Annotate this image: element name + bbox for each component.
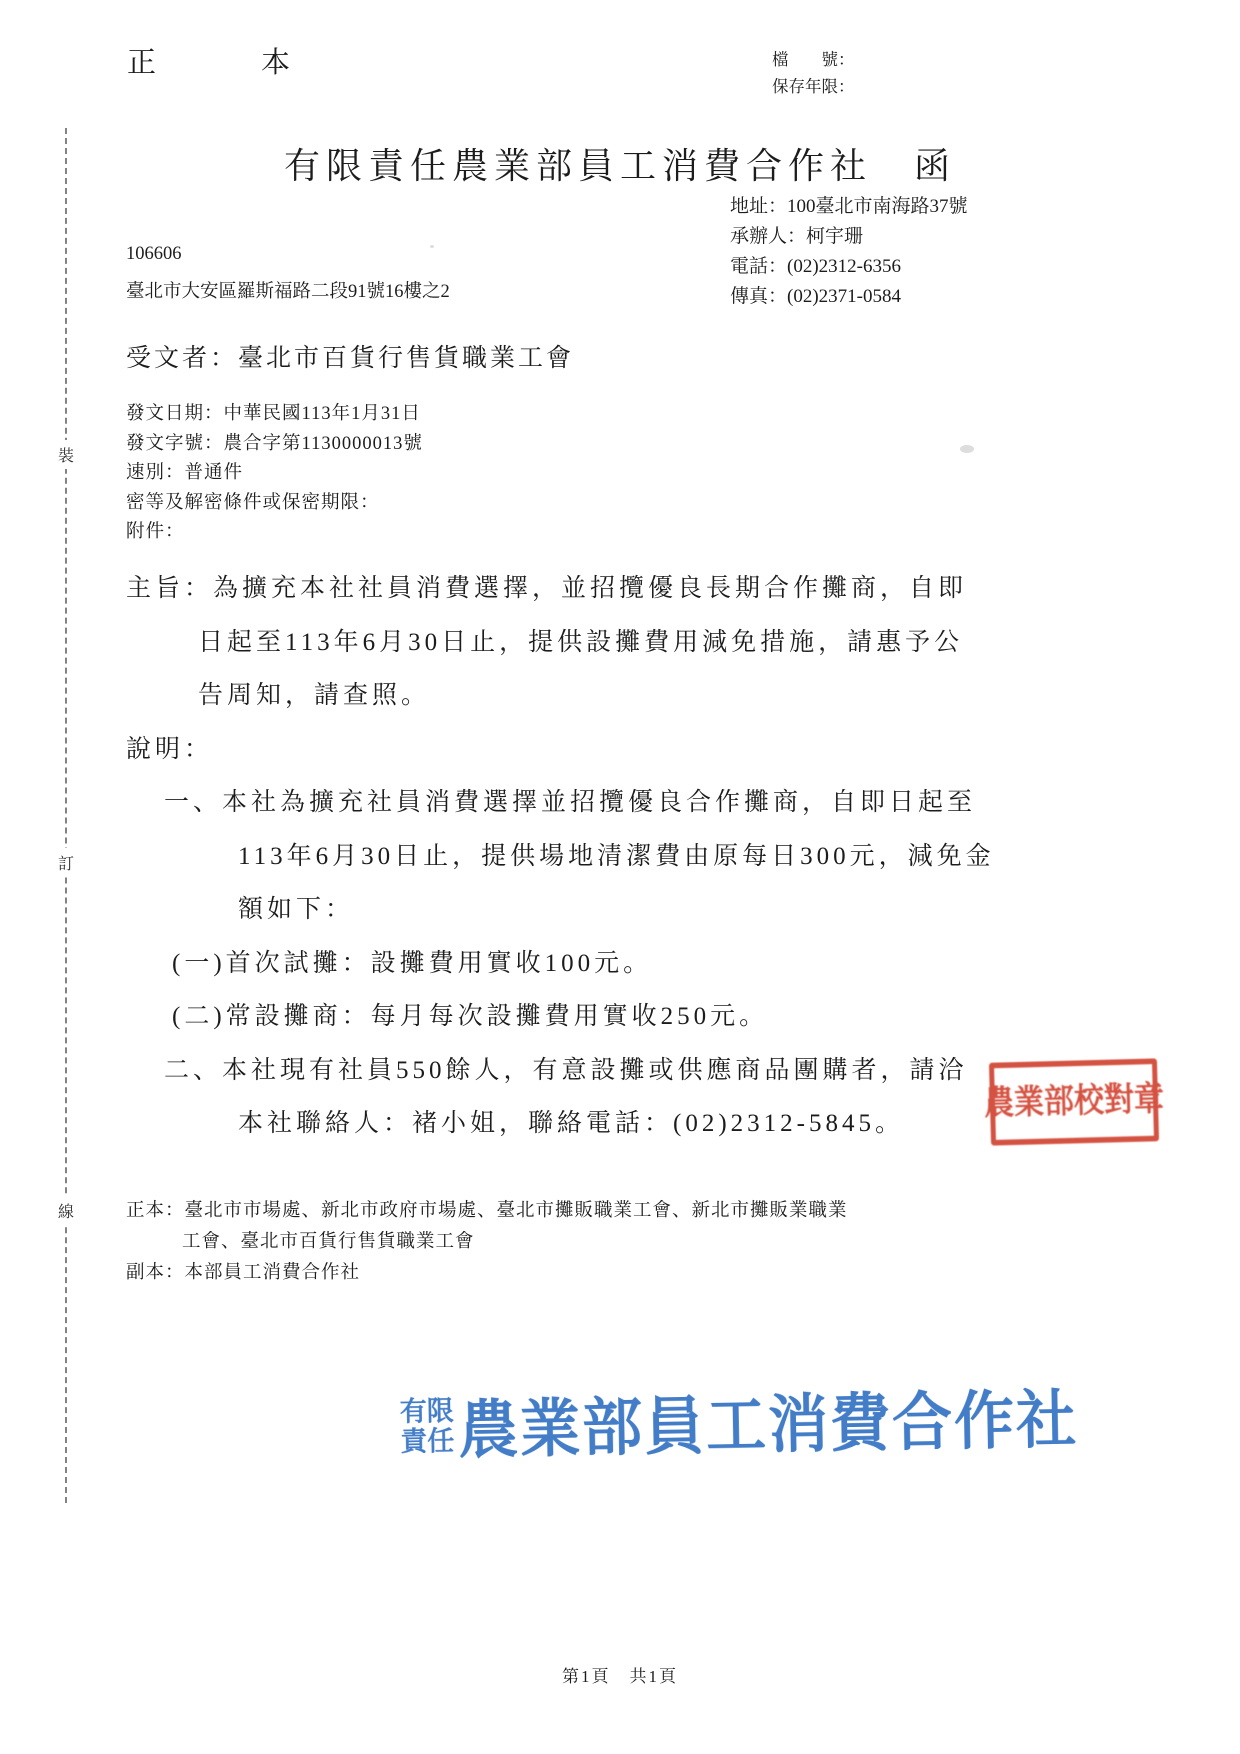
item1-line-2: 113年6月30日止，提供場地清潔費由原每日300元，減免金 [238,830,1156,884]
sender-address: 地址：100臺北市南海路37號 [730,192,968,222]
document-number: 發文字號：農合字第1130000013號 [126,430,423,460]
recipient-postal-code: 106606 [126,244,450,265]
sub-item-2: (二)常設攤商：每月每次設攤費用實收250元。 [172,990,1156,1044]
subject-line-2: 日起至113年6月30日止，提供設攤費用減免措施，請惠予公 [198,616,1156,670]
blue-stamp-prefix: 有限 責任 [400,1396,455,1457]
subject-line-3: 告周知，請查照。 [198,669,1156,723]
red-proofreading-seal: 農業部校對章 [989,1058,1159,1145]
issue-date: 發文日期：中華民國113年1月31日 [126,400,423,430]
recipient-street-address: 臺北市大安區羅斯福路二段91號16樓之2 [126,277,450,303]
item2-line-2-text: 本社聯絡人：褚小姐，聯絡電話：(02)2312-5845。 [238,1110,904,1137]
blue-signature-stamp: 有限 責任 農業部員工消費合作社 [399,1372,1078,1470]
document-meta-block: 發文日期：中華民國113年1月31日 發文字號：農合字第1130000013號 … [126,400,423,548]
sender-phone: 電話：(02)2312-6356 [730,252,968,282]
page-number-footer: 第1頁 共1頁 [0,1662,1240,1687]
official-letter-page: 裝 訂 線 正 本 檔 號： 保存年限： 有限責任農業部員工消費合作社 函 地址… [0,0,1240,1754]
sender-contact-person: 承辦人：柯宇珊 [730,222,968,252]
letter-body: 主旨：為擴充本社社員消費選擇，並招攬優良長期合作攤商，自即 日起至113年6月3… [126,562,1156,1151]
distribution-original-line-2: 工會、臺北市百貨行售貨職業工會 [182,1227,848,1258]
file-number-label: 檔 號： [772,46,855,73]
blue-stamp-main-text: 農業部員工消費合作社 [457,1370,1078,1471]
file-labels-block: 檔 號： 保存年限： [772,46,855,100]
binding-mark-zhuang: 裝 [56,440,76,469]
attachment-label: 附件： [126,518,423,548]
blue-stamp-prefix-top: 有限 [400,1396,455,1427]
explanation-heading: 說明： [126,723,1156,777]
distribution-block: 正本：臺北市市場處、新北市政府市場處、臺北市攤販職業工會、新北市攤販業職業 工會… [126,1196,848,1289]
security-class: 密等及解密條件或保密期限： [126,489,423,519]
binding-mark-xian: 線 [56,1196,76,1225]
retention-period-label: 保存年限： [772,73,855,100]
sender-info-block: 地址：100臺北市南海路37號 承辦人：柯宇珊 電話：(02)2312-6356… [730,192,968,312]
binding-dashed-line [65,128,67,1503]
copy-type-label: 正 本 [127,40,328,81]
item2-line-2: 本社聯絡人：褚小姐，聯絡電話：(02)2312-5845。 農業部校對章 [238,1097,1156,1151]
sub-item-1: (一)首次試攤：設攤費用實收100元。 [172,937,1156,991]
distribution-copy-line: 副本：本部員工消費合作社 [126,1258,848,1289]
distribution-original-line-1: 正本：臺北市市場處、新北市政府市場處、臺北市攤販職業工會、新北市攤販業職業 [126,1196,848,1227]
document-title: 有限責任農業部員工消費合作社 函 [0,138,1240,189]
binding-mark-ding: 訂 [56,848,76,877]
recipient-line: 受文者：臺北市百貨行售貨職業工會 [126,338,574,374]
item1-line-3: 額如下： [238,883,1156,937]
sender-fax: 傳真：(02)2371-0584 [730,282,968,312]
recipient-address-block: 106606 臺北市大安區羅斯福路二段91號16樓之2 [126,244,450,303]
blue-stamp-prefix-bottom: 責任 [400,1426,455,1457]
scan-artifact [430,245,434,248]
item1-line-1: 一、本社為擴充社員消費選擇並招攬優良合作攤商，自即日起至 [164,776,1156,830]
scan-artifact [960,445,974,453]
subject-line-1: 主旨：為擴充本社社員消費選擇，並招攬優良長期合作攤商，自即 [126,562,1156,616]
speed-class: 速別：普通件 [126,459,423,489]
